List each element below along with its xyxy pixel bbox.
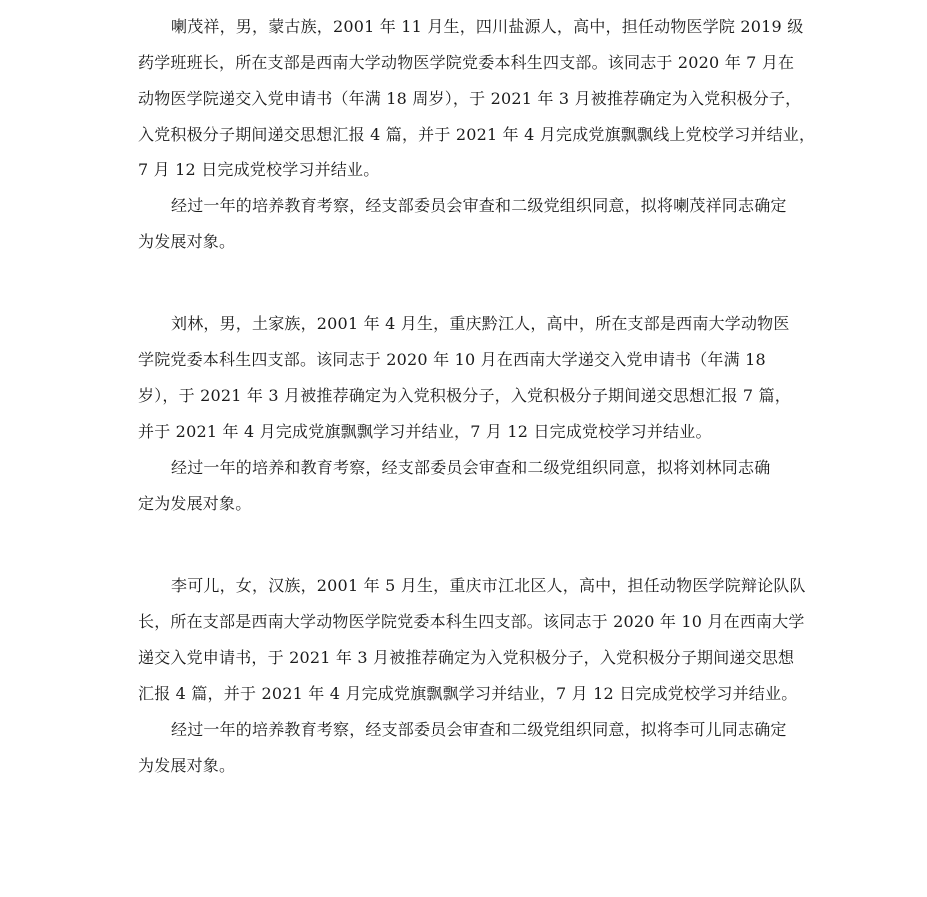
- paragraph-line: 汇报 4 篇，并于 2021 年 4 月完成党旗飘飘学习并结业，7 月 12 日…: [138, 684, 797, 704]
- paragraph-line: 经过一年的培养和教育考察，经支部委员会审查和二级党组织同意，拟将刘林同志确: [171, 458, 770, 478]
- paragraph-line: 长，所在支部是西南大学动物医学院党委本科生四支部。该同志于 2020 年 10 …: [138, 612, 805, 632]
- paragraph-line: 动物医学院递交入党申请书（年满 18 周岁），于 2021 年 3 月被推荐确定…: [138, 89, 801, 109]
- paragraph-line: 入党积极分子期间递交思想汇报 4 篇，并于 2021 年 4 月完成党旗飘飘线上…: [138, 125, 815, 145]
- paragraph-line: 为发展对象。: [138, 756, 235, 776]
- paragraph-line: 学院党委本科生四支部。该同志于 2020 年 10 月在西南大学递交入党申请书（…: [138, 350, 766, 370]
- paragraph-line: 定为发展对象。: [138, 494, 251, 514]
- paragraph-line: 经过一年的培养教育考察，经支部委员会审查和二级党组织同意，拟将李可儿同志确定: [171, 720, 787, 740]
- paragraph-line: 为发展对象。: [138, 232, 235, 252]
- document-page: 喇茂祥，男，蒙古族，2001 年 11 月生，四川盐源人，高中，担任动物医学院 …: [0, 0, 927, 897]
- paragraph-line: 递交入党申请书，于 2021 年 3 月被推荐确定为入党积极分子，入党积极分子期…: [138, 648, 794, 668]
- paragraph-line: 岁），于 2021 年 3 月被推荐确定为入党积极分子，入党积极分子期间递交思想…: [138, 386, 791, 406]
- paragraph-line: 喇茂祥，男，蒙古族，2001 年 11 月生，四川盐源人，高中，担任动物医学院 …: [171, 17, 803, 37]
- paragraph-line: 药学班班长，所在支部是西南大学动物医学院党委本科生四支部。该同志于 2020 年…: [138, 53, 794, 73]
- paragraph-line: 经过一年的培养教育考察，经支部委员会审查和二级党组织同意，拟将喇茂祥同志确定: [171, 196, 787, 216]
- paragraph-line: 7 月 12 日完成党校学习并结业。: [138, 160, 379, 180]
- paragraph-line: 并于 2021 年 4 月完成党旗飘飘学习并结业，7 月 12 日完成党校学习并…: [138, 422, 712, 442]
- paragraph-line: 刘林，男，土家族，2001 年 4 月生，重庆黔江人，高中，所在支部是西南大学动…: [171, 314, 790, 334]
- paragraph-line: 李可儿，女，汉族，2001 年 5 月生，重庆市江北区人，高中，担任动物医学院辩…: [171, 576, 806, 596]
